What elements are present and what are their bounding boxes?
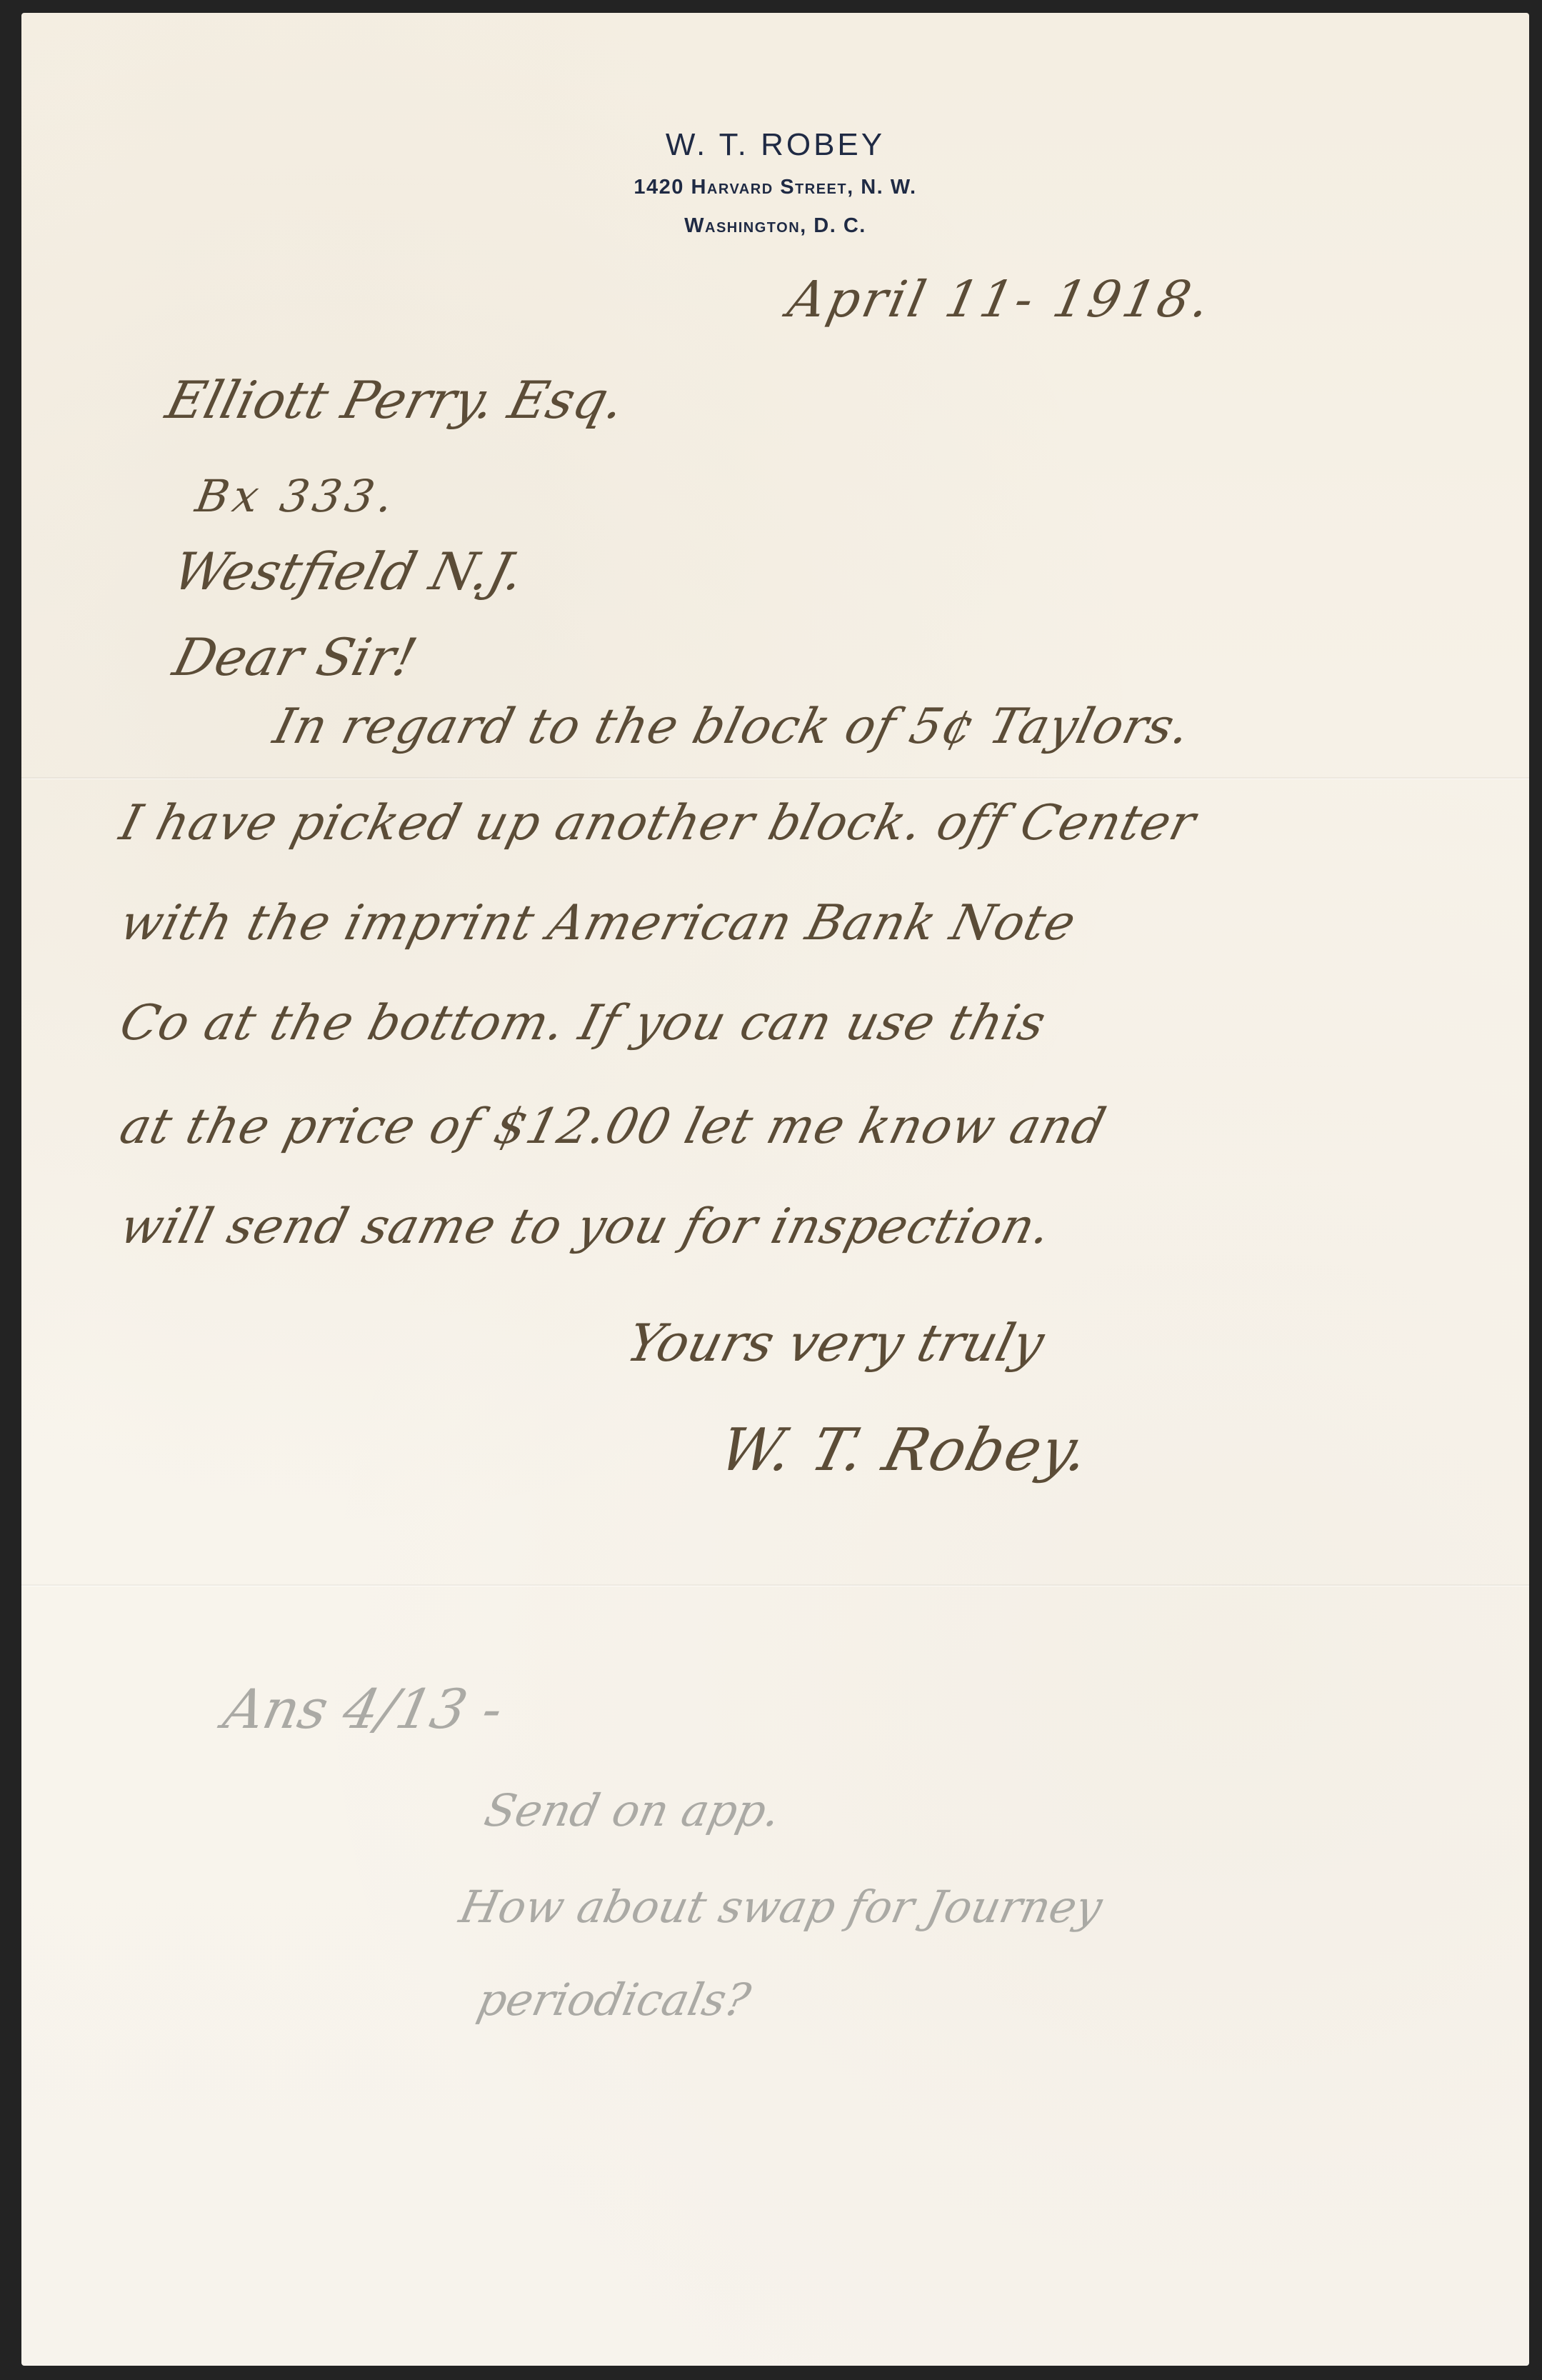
body-line: I have picked up another block. off Cent… [114,795,1201,851]
body-line: will send same to you for inspection. [114,1199,1057,1255]
body-line: In regard to the block of 5¢ Taylors. [268,699,1196,755]
letter-date: April 11- 1918. [783,270,1218,329]
body-line: with the imprint American Bank Note [114,895,1081,951]
letterhead-street: 1420 Harvard Street, N. W. [21,176,1529,199]
fold-line [21,777,1529,779]
pencil-note-line: Ans 4/13 - [219,1677,509,1741]
pencil-note-line: periodicals? [473,1974,755,2026]
recipient-box: Bx 333. [192,470,401,522]
recipient-name: Elliott Perry. Esq. [161,370,631,430]
pencil-note-line: Send on app. [480,1784,785,1836]
body-line: Co at the bottom. If you can use this [114,995,1051,1051]
letterhead-name: W. T. ROBEY [21,127,1529,163]
letterhead-city: Washington, D. C. [21,214,1529,238]
signature: W. T. Robey. [713,1416,1097,1484]
fold-line [21,1584,1529,1586]
pencil-note-line: How about swap for Journey [455,1881,1107,1933]
salutation: Dear Sir! [168,627,423,687]
recipient-city: Westfield N.J. [168,541,531,601]
letter-sheet: W. T. ROBEY 1420 Harvard Street, N. W. W… [21,13,1529,2366]
body-line: at the price of $12.00 let me know and [114,1099,1111,1155]
closing: Yours very truly [621,1313,1051,1373]
